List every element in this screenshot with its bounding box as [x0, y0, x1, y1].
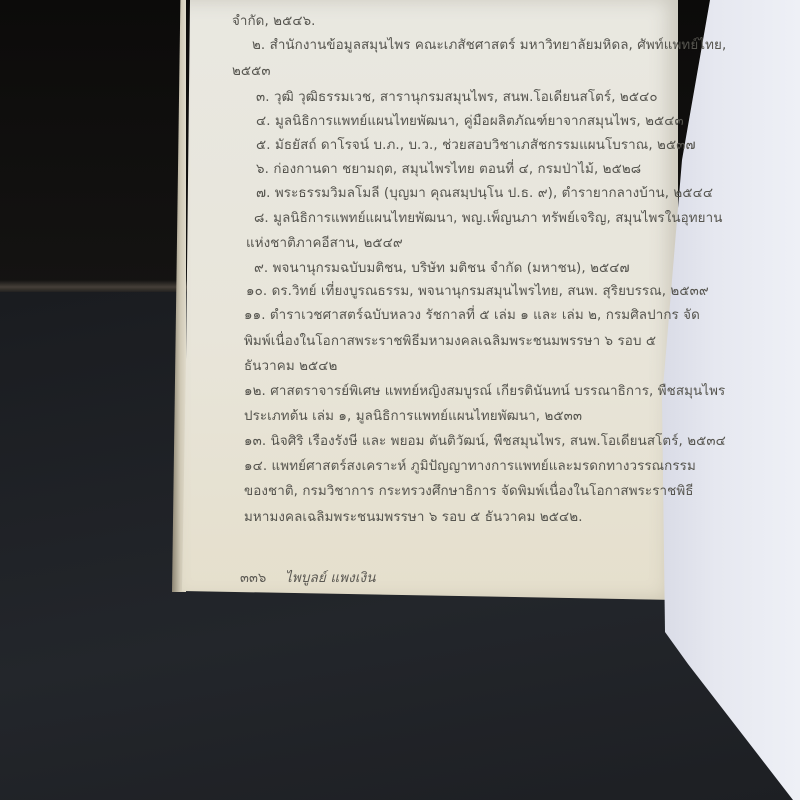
bib-entry-12: ๑๒. ศาสตราจารย์พิเศษ แพทย์หญิงสมบูรณ์ เก… — [244, 380, 725, 401]
bib-line: มหามงคลเฉลิมพระชนมพรรษา ๖ รอบ ๕ ธันวาคม … — [244, 506, 583, 527]
bib-entry-3: ๓. วุฒิ วุฒิธรรมเวช, สารานุกรมสมุนไพร, ส… — [256, 86, 658, 107]
running-footer-author: ไพบูลย์ แพงเงิน — [285, 566, 376, 588]
bibliography-list: จำกัด, ๒๕๔๖. ๒. สำนักงานข้อมูลสมุนไพร คณ… — [0, 0, 800, 800]
bib-line: พิมพ์เนื่องในโอกาสพระราชพิธีมหามงคลเฉลิม… — [244, 330, 656, 351]
bib-line: แห่งชาติภาคอีสาน, ๒๕๔๙ — [246, 232, 403, 253]
bib-entry-6: ๖. ก่องกานดา ชยามฤต, สมุนไพรไทย ตอนที่ ๔… — [256, 158, 641, 179]
bib-entry-7: ๗. พระธรรมวิมลโมลี (บุญมา คุณสมฺปนฺโน ป.… — [256, 182, 713, 203]
bib-entry-5: ๕. มัธยัสถ์ ดาโรจน์ บ.ภ., บ.ว., ช่วยสอบว… — [256, 134, 696, 155]
bib-entry-2: ๒. สำนักงานข้อมูลสมุนไพร คณะเภสัชศาสตร์ … — [252, 34, 726, 55]
bib-entry-8: ๘. มูลนิธิการแพทย์แผนไทยพัฒนา, พญ.เพ็ญนภ… — [254, 207, 722, 228]
bib-line: จำกัด, ๒๕๔๖. — [232, 10, 316, 31]
bib-line: ประเภทต้น เล่ม ๑, มูลนิธิการแพทย์แผนไทยพ… — [244, 405, 582, 426]
bib-line: ธันวาคม ๒๕๔๒ — [244, 355, 337, 376]
page-number: ๓๓๖ — [240, 567, 266, 588]
bib-line: ของชาติ, กรมวิชาการ กระทรวงศึกษาธิการ จั… — [244, 480, 694, 501]
bib-entry-13: ๑๓. นิจศิริ เรืองรังษี และ พยอม ตันติวัฒ… — [244, 430, 726, 451]
bib-entry-10: ๑๐. ดร.วิทย์ เที่ยงบูรณธรรม, พจนานุกรมสม… — [246, 280, 709, 301]
bib-line: ๒๕๕๓ — [232, 60, 271, 81]
bib-entry-9: ๙. พจนานุกรมฉบับมติชน, บริษัท มติชน จำกั… — [254, 257, 630, 278]
bib-entry-11: ๑๑. ตำราเวชศาสตร์ฉบับหลวง รัชกาลที่ ๕ เล… — [244, 304, 700, 325]
bib-entry-4: ๔. มูลนิธิการแพทย์แผนไทยพัฒนา, คู่มือผลิ… — [256, 110, 684, 131]
bib-entry-14: ๑๔. แพทย์ศาสตร์สงเคราะห์ ภูมิปัญญาทางการ… — [244, 455, 696, 476]
